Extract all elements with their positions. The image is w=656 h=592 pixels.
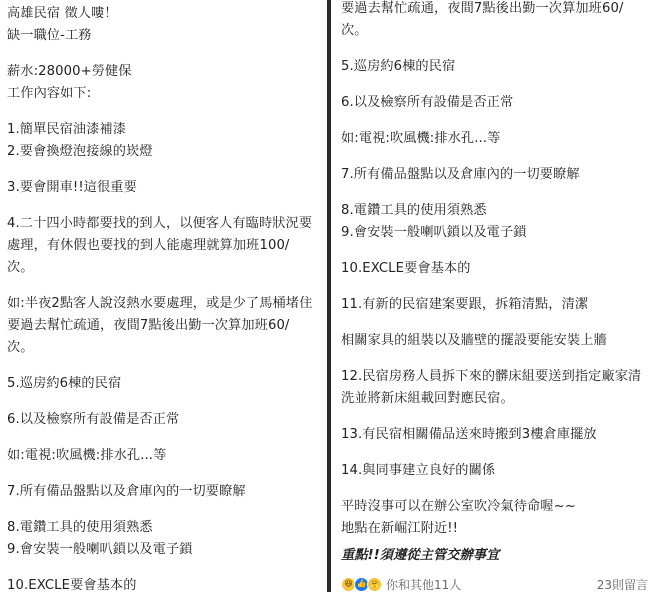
reaction-count[interactable]: 你和其他11人 — [386, 576, 461, 592]
post-text-line: 6.以及檢察所有設備是否正常 — [7, 409, 323, 431]
post-text-line: 11.有新的民宿建案要跟，拆箱清點，清潔 — [341, 294, 652, 316]
reaction-icons[interactable]: 😆 👍 🤗 — [341, 577, 380, 592]
paragraph-gap — [7, 561, 323, 575]
paragraph-gap — [341, 150, 652, 164]
paragraph-gap — [341, 316, 652, 330]
post-text-line: 如:半夜2點客人說沒熱水要處理，或是少了馬桶堵住 — [7, 293, 323, 315]
post-text-line: 7.所有備品盤點以及倉庫內的一切要瞭解 — [341, 164, 652, 186]
post-text-line: 工作內容如下: — [7, 83, 323, 105]
post-text-line: 7.所有備品盤點以及倉庫內的一切要瞭解 — [7, 481, 323, 503]
paragraph-gap — [341, 482, 652, 496]
post-body-left: 高雄民宿 徵人嘍！缺一職位-工務薪水:28000+勞健保工作內容如下:1.簡單民… — [7, 3, 323, 592]
paragraph-gap — [7, 199, 323, 213]
paragraph-gap — [7, 163, 323, 177]
post-text-line: 10.EXCLE要會基本的 — [7, 575, 323, 592]
post-text-line: 9.會安裝一般喇叭鎖以及電子鎖 — [341, 222, 652, 244]
post-text-line: 相關家具的組裝以及牆壁的擺設要能安裝上牆 — [341, 330, 652, 352]
post-text-line: 次。 — [7, 337, 323, 359]
post-text-line: 處理，有休假也要找的到人能處理就算加班100/ — [7, 235, 323, 257]
paragraph-gap — [341, 244, 652, 258]
post-text-left-panel: 高雄民宿 徵人嘍！缺一職位-工務薪水:28000+勞健保工作內容如下:1.簡單民… — [0, 0, 327, 592]
post-text-line: 13.有民宿相關備品送來時搬到3樓倉庫擺放 — [341, 424, 652, 446]
paragraph-gap — [7, 105, 323, 119]
post-text-line: 3.要會開車!!這很重要 — [7, 177, 323, 199]
paragraph-gap — [7, 503, 323, 517]
post-text-line: 次。 — [341, 20, 652, 42]
post-text-line: 1.簡單民宿油漆補漆 — [7, 119, 323, 141]
comment-count[interactable]: 23則留言 — [597, 576, 648, 592]
post-text-line: 5.巡房約6棟的民宿 — [341, 56, 652, 78]
post-text-line: 地點在新崛江附近!! — [341, 518, 652, 540]
post-text-line: 10.EXCLE要會基本的 — [341, 258, 652, 280]
paragraph-gap — [7, 467, 323, 481]
post-text-right-panel: 要過去幫忙疏通，夜間7點後出勤一次算加班60/次。5.巡房約6棟的民宿6.以及檢… — [331, 0, 656, 592]
paragraph-gap — [341, 42, 652, 56]
paragraph-gap — [341, 352, 652, 366]
post-text-line: 要過去幫忙疏通，夜間7點後出勤一次算加班60/ — [341, 0, 652, 20]
post-text-line: 6.以及檢察所有設備是否正常 — [341, 92, 652, 114]
paragraph-gap — [341, 78, 652, 92]
paragraph-gap — [7, 47, 323, 61]
post-text-line: 12.民宿房務人員拆下來的髒床組要送到指定廠家清 — [341, 366, 652, 388]
post-text-line: 14.與同事建立良好的關係 — [341, 460, 652, 482]
emphasis-note: 重點!!須遵從主管交辦事宜 — [341, 545, 652, 567]
post-text-line: 平時沒事可以在辦公室吹冷氣待命喔~~ — [341, 496, 652, 518]
post-text-line: 8.電鑽工具的使用須熟悉 — [7, 517, 323, 539]
care-icon: 🤗 — [367, 577, 382, 592]
post-text-line: 薪水:28000+勞健保 — [7, 61, 323, 83]
post-text-line: 洗並將新床組載回對應民宿。 — [341, 388, 652, 410]
post-text-line: 如:電視:吹風機:排水孔...等 — [341, 128, 652, 150]
paragraph-gap — [341, 186, 652, 200]
post-text-line: 2.要會換燈泡接線的崁燈 — [7, 141, 323, 163]
post-text-line: 8.電鑽工具的使用須熟悉 — [341, 200, 652, 222]
post-text-line: 4.二十四小時都要找的到人，以便客人有臨時狀況要 — [7, 213, 323, 235]
paragraph-gap — [7, 395, 323, 409]
post-body-right: 要過去幫忙疏通，夜間7點後出勤一次算加班60/次。5.巡房約6棟的民宿6.以及檢… — [341, 0, 652, 554]
paragraph-gap — [7, 431, 323, 445]
post-text-line: 高雄民宿 徵人嘍！ — [7, 3, 323, 25]
post-footer: 😆 👍 🤗 你和其他11人 23則留言 — [341, 574, 656, 592]
paragraph-gap — [7, 359, 323, 373]
post-text-line: 次。 — [7, 257, 323, 279]
post-text-line: 如:電視:吹風機:排水孔...等 — [7, 445, 323, 467]
post-text-line: 要過去幫忙疏通，夜間7點後出勤一次算加班60/ — [7, 315, 323, 337]
paragraph-gap — [341, 114, 652, 128]
paragraph-gap — [341, 280, 652, 294]
post-text-line: 缺一職位-工務 — [7, 25, 323, 47]
post-text-line: 9.會安裝一般喇叭鎖以及電子鎖 — [7, 539, 323, 561]
post-text-line: 5.巡房約6棟的民宿 — [7, 373, 323, 395]
paragraph-gap — [7, 279, 323, 293]
paragraph-gap — [341, 410, 652, 424]
paragraph-gap — [341, 446, 652, 460]
